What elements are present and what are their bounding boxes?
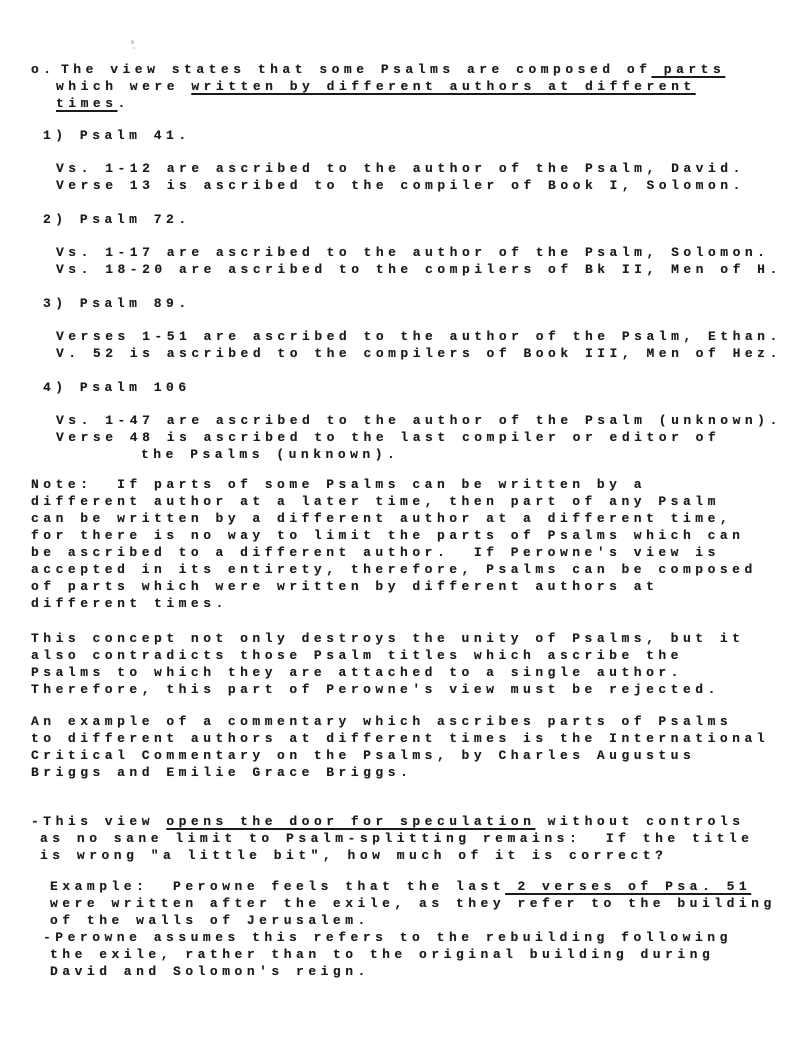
text-line: Verse 13 is ascribed to the compiler of … xyxy=(31,177,800,194)
psalm-item-3: 3) Psalm 89. Verses 1-51 are ascribed to… xyxy=(31,295,800,362)
text-line: accepted in its entirety, therefore, Psa… xyxy=(31,561,800,578)
text-line: be ascribed to a different author. If Pe… xyxy=(31,544,800,561)
text-line: Therefore, this part of Perowne's view m… xyxy=(31,681,800,698)
scan-speck xyxy=(131,40,134,44)
concept-paragraph: This concept not only destroys the unity… xyxy=(31,630,800,698)
text-line: different author at a later time, then p… xyxy=(31,493,800,510)
heading-text: The view states that some Psalms are com… xyxy=(61,62,651,77)
commentary-paragraph: An example of a commentary which ascribe… xyxy=(31,713,800,781)
speculation-point: -This view opens the door for speculatio… xyxy=(31,813,800,864)
text-line: Note: If parts of some Psalms can be wri… xyxy=(31,476,800,493)
text-line-continuation: the Psalms (unknown). xyxy=(31,446,800,463)
note-paragraph: Note: If parts of some Psalms can be wri… xyxy=(31,476,800,612)
psalm-item-title: 4) Psalm 106 xyxy=(31,379,800,396)
text-line: Vs. 1-12 are ascribed to the author of t… xyxy=(31,160,800,177)
psalm-item-2: 2) Psalm 72. Vs. 1-17 are ascribed to th… xyxy=(31,211,800,278)
dash-text: -This view xyxy=(31,814,166,829)
text-line: can be written by a different author at … xyxy=(31,510,800,527)
scanned-document-page: o.The view states that some Psalms are c… xyxy=(0,0,800,1050)
underlined-text: 2 verses of Psa. 51 xyxy=(505,879,751,894)
text-line: -Perowne assumes this refers to the rebu… xyxy=(31,929,800,946)
text-line: Vs. 1-47 are ascribed to the author of t… xyxy=(31,412,800,429)
text-line: An example of a commentary which ascribe… xyxy=(31,713,800,730)
text-line: Verse 48 is ascribed to the last compile… xyxy=(31,429,800,446)
text-line: as no sane limit to Psalm-splitting rema… xyxy=(31,830,800,847)
heading-text: . xyxy=(118,96,130,111)
text-line: Vs. 1-17 are ascribed to the author of t… xyxy=(31,244,800,261)
psalm-item-title: 2) Psalm 72. xyxy=(31,211,800,228)
psalm-item-title: 3) Psalm 89. xyxy=(31,295,800,312)
text-line: the exile, rather than to the original b… xyxy=(31,946,800,963)
heading-line-3: times. xyxy=(31,95,800,112)
text-line: is wrong "a little bit", how much of it … xyxy=(31,847,800,864)
psalm-item-title: 1) Psalm 41. xyxy=(31,127,800,144)
outline-marker: o. xyxy=(31,61,61,78)
text-line: for there is no way to limit the parts o… xyxy=(31,527,800,544)
text-line: were written after the exile, as they re… xyxy=(31,895,800,912)
text-line: Psalms to which they are attached to a s… xyxy=(31,664,800,681)
psalm-item-1: 1) Psalm 41. Vs. 1-12 are ascribed to th… xyxy=(31,127,800,194)
psalm-item-4: 4) Psalm 106 Vs. 1-47 are ascribed to th… xyxy=(31,379,800,463)
text-line: also contradicts those Psalm titles whic… xyxy=(31,647,800,664)
plain-text: without controls xyxy=(535,814,744,829)
text-line: Vs. 18-20 are ascribed to the compilers … xyxy=(31,261,800,278)
text-line: Verses 1-51 are ascribed to the author o… xyxy=(31,328,800,345)
underlined-text: opens the door for speculation xyxy=(166,814,535,829)
text-line: V. 52 is ascribed to the compilers of Bo… xyxy=(31,345,800,362)
text-line: Critical Commentary on the Psalms, by Ch… xyxy=(31,747,800,764)
underlined-text: times xyxy=(56,96,118,111)
text-line: David and Solomon's reign. xyxy=(31,963,800,980)
exile-example: Example: Perowne feels that the last 2 v… xyxy=(31,878,800,980)
text-line: Example: Perowne feels that the last 2 v… xyxy=(31,878,800,895)
heading-line-2: which were written by different authors … xyxy=(31,78,800,95)
text-line: different times. xyxy=(31,595,800,612)
text-line: Briggs and Emilie Grace Briggs. xyxy=(31,764,800,781)
heading: o.The view states that some Psalms are c… xyxy=(31,61,800,112)
example-label-text: Example: Perowne feels that the last xyxy=(50,879,505,894)
text-line: of parts which were written by different… xyxy=(31,578,800,595)
underlined-text: written by different authors at differen… xyxy=(191,79,695,94)
scan-speck xyxy=(133,47,135,49)
text-line: of the walls of Jerusalem. xyxy=(31,912,800,929)
heading-line-1: o.The view states that some Psalms are c… xyxy=(31,61,800,78)
text-line: to different authors at different times … xyxy=(31,730,800,747)
text-line: -This view opens the door for speculatio… xyxy=(31,813,800,830)
heading-text: which were xyxy=(56,79,191,94)
underlined-text: parts xyxy=(651,62,725,77)
text-line: This concept not only destroys the unity… xyxy=(31,630,800,647)
